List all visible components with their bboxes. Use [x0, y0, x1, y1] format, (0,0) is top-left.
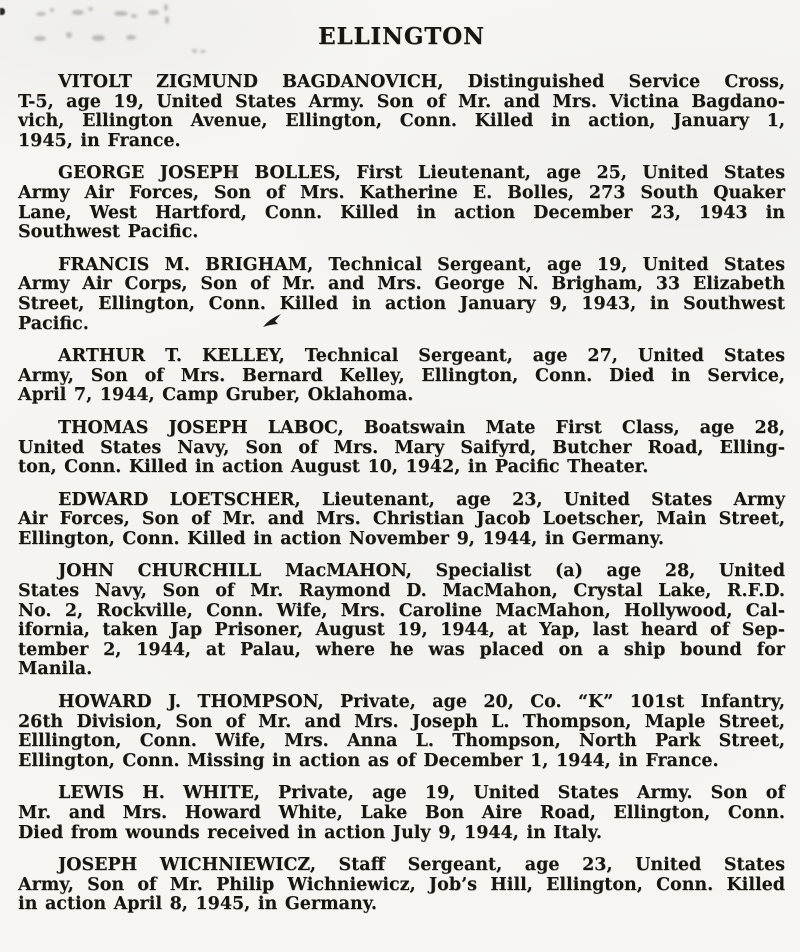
- entry-line: 26th Division, Son of Mr. and Mrs. Josep…: [18, 713, 785, 733]
- entry-line: Manila.: [18, 660, 785, 680]
- entry-line: Elllington, Conn. Wife, Mrs. Anna L. Tho…: [18, 732, 785, 752]
- casualty-entry-loetscher: EDWARD LOETSCHER, Lieutenant, age 23, Un…: [18, 491, 785, 550]
- entry-line: tember 2, 1944, at Palau, where he was p…: [18, 641, 785, 661]
- casualty-entry-bolles: GEORGE JOSEPH BOLLES, First Lieutenant, …: [18, 164, 785, 242]
- entry-line: VITOLT ZIGMUND BAGDANOVICH, Distinguishe…: [18, 73, 785, 93]
- casualty-entry-white: LEWIS H. WHITE, Private, age 19, United …: [18, 784, 785, 843]
- arrow-artifact-icon: [262, 314, 286, 330]
- entry-line: ARTHUR T. KELLEY, Technical Sergeant, ag…: [18, 347, 785, 367]
- entry-line: Ellington, Conn. Killed in action Novemb…: [18, 530, 785, 550]
- page-title: ELLINGTON: [18, 0, 785, 49]
- document-page: ELLINGTON VITOLT ZIGMUND BAGDANOVICH, Di…: [0, 0, 800, 952]
- entry-line: JOSEPH WICHNIEWICZ, Staff Sergeant, age …: [18, 856, 785, 876]
- casualty-entry-bagdanovich: VITOLT ZIGMUND BAGDANOVICH, Distinguishe…: [18, 73, 785, 151]
- entry-line: LEWIS H. WHITE, Private, age 19, United …: [18, 784, 785, 804]
- entry-line: April 7, 1944, Camp Gruber, Oklahoma.: [18, 386, 785, 406]
- casualty-entry-kelley: ARTHUR T. KELLEY, Technical Sergeant, ag…: [18, 347, 785, 406]
- entry-line: States Navy, Son of Mr. Raymond D. MacMa…: [18, 582, 785, 602]
- entry-line: Mr. and Mrs. Howard White, Lake Bon Aire…: [18, 804, 785, 824]
- entry-line: THOMAS JOSEPH LABOC, Boatswain Mate Firs…: [18, 419, 785, 439]
- page-edge-speck: [0, 8, 5, 15]
- entry-line: Lane, West Hartford, Conn. Killed in act…: [18, 204, 785, 224]
- casualty-entry-macmahon: JOHN CHURCHILL MacMAHON, Specialist (a) …: [18, 562, 785, 680]
- entry-line: Army Air Corps, Son of Mr. and Mrs. Geor…: [18, 275, 785, 295]
- entry-line: Army, Son of Mr. Philip Wichniewicz, Job…: [18, 876, 785, 896]
- entry-line: JOHN CHURCHILL MacMAHON, Specialist (a) …: [18, 562, 785, 582]
- entry-line: EDWARD LOETSCHER, Lieutenant, age 23, Un…: [18, 491, 785, 511]
- entry-line: in action April 8, 1945, in Germany.: [18, 895, 785, 915]
- entry-line: No. 2, Rockville, Conn. Wife, Mrs. Carol…: [18, 602, 785, 622]
- entry-line: ton, Conn. Killed in action August 10, 1…: [18, 458, 785, 478]
- entry-line: Pacific.: [18, 315, 785, 335]
- entry-line: Army Air Forces, Son of Mrs. Katherine E…: [18, 184, 785, 204]
- entry-line: T-5, age 19, United States Army. Son of …: [18, 93, 785, 113]
- entry-line: 1945, in France.: [18, 132, 785, 152]
- entry-line: United States Navy, Son of Mrs. Mary Sai…: [18, 439, 785, 459]
- entry-line: vich, Ellington Avenue, Ellington, Conn.…: [18, 112, 785, 132]
- entry-line: FRANCIS M. BRIGHAM, Technical Sergeant, …: [18, 256, 785, 276]
- entry-line: Died from wounds received in action July…: [18, 824, 785, 844]
- casualty-entry-wichniewicz: JOSEPH WICHNIEWICZ, Staff Sergeant, age …: [18, 856, 785, 915]
- casualty-list: VITOLT ZIGMUND BAGDANOVICH, Distinguishe…: [18, 73, 785, 915]
- entry-line: Street, Ellington, Conn. Killed in actio…: [18, 295, 785, 315]
- entry-line: HOWARD J. THOMPSON, Private, age 20, Co.…: [18, 693, 785, 713]
- entry-line: Air Forces, Son of Mr. and Mrs. Christia…: [18, 510, 785, 530]
- entry-line: Army, Son of Mrs. Bernard Kelley, Elling…: [18, 367, 785, 387]
- entry-line: GEORGE JOSEPH BOLLES, First Lieutenant, …: [18, 164, 785, 184]
- casualty-entry-laboc: THOMAS JOSEPH LABOC, Boatswain Mate Firs…: [18, 419, 785, 478]
- entry-line: Southwest Pacific.: [18, 223, 785, 243]
- casualty-entry-brigham: FRANCIS M. BRIGHAM, Technical Sergeant, …: [18, 256, 785, 334]
- entry-line: ifornia, taken Jap Prisoner, August 19, …: [18, 621, 785, 641]
- entry-line: Ellington, Conn. Missing in action as of…: [18, 752, 785, 772]
- casualty-entry-thompson: HOWARD J. THOMPSON, Private, age 20, Co.…: [18, 693, 785, 771]
